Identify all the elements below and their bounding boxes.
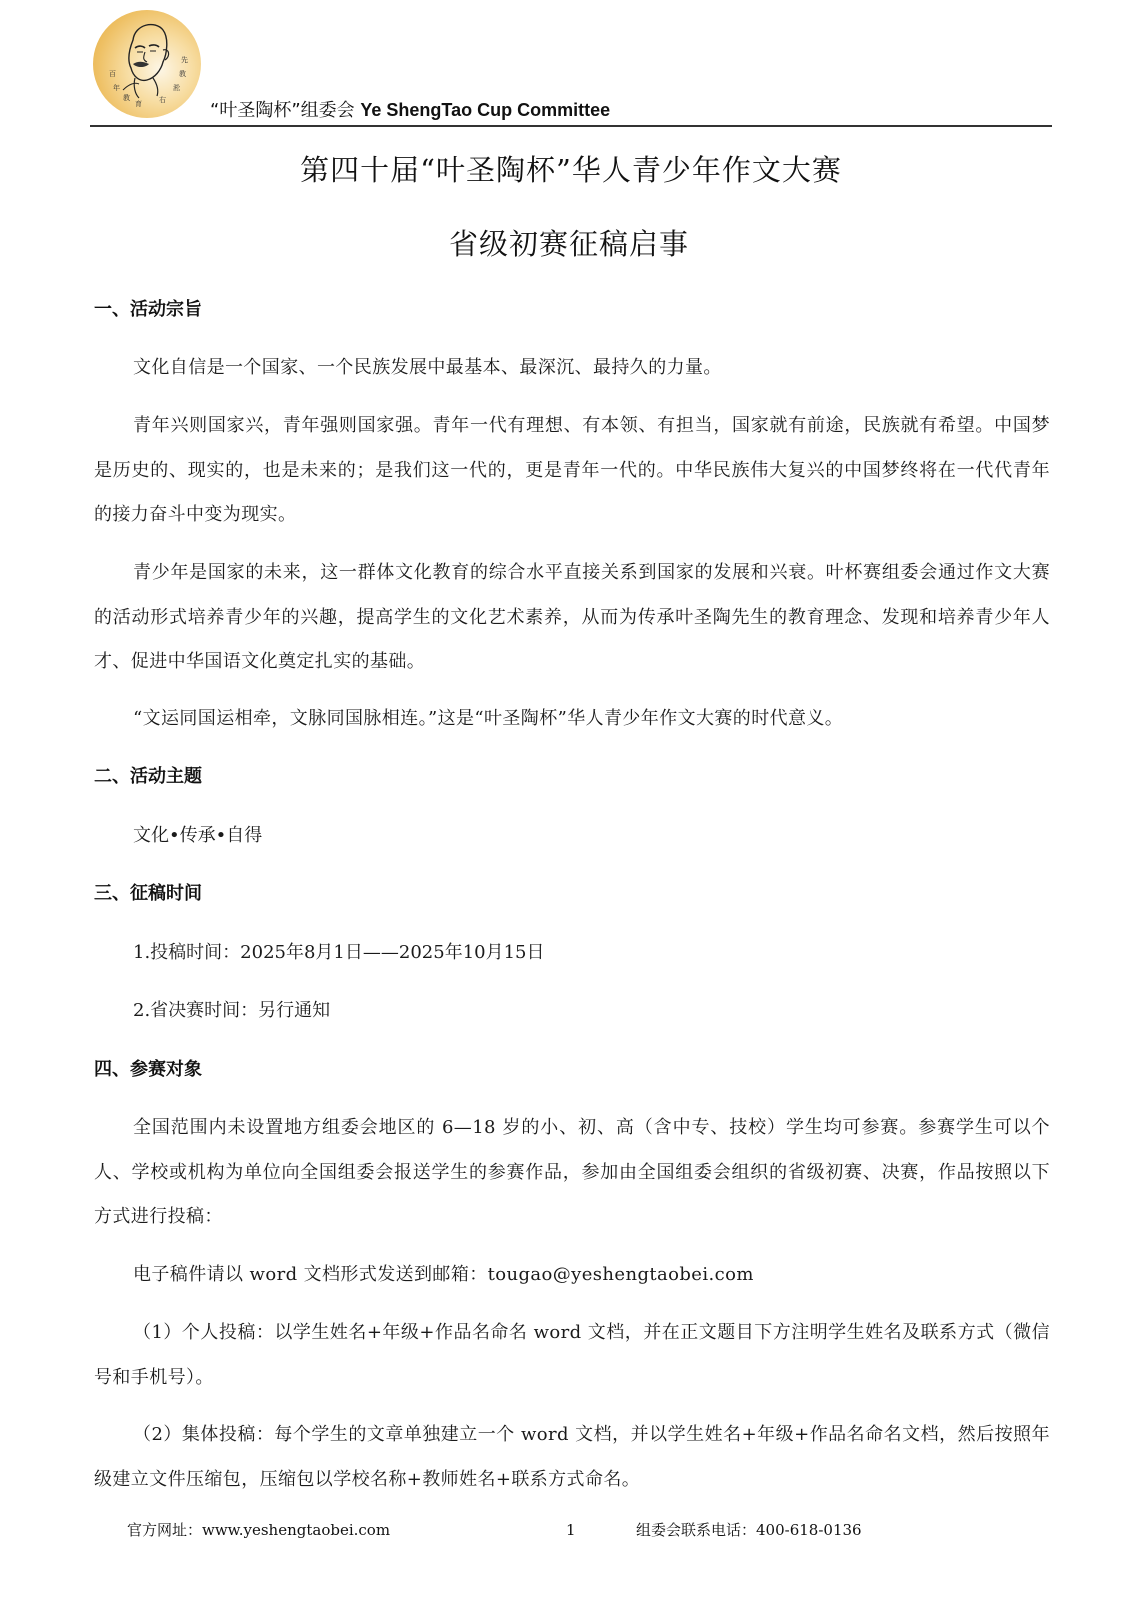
page-subtitle: 省级初赛征稿启事 [0,226,1138,262]
document-page: 百 年 教 育 右 淞 教 先 “叶圣陶杯”组委会 Ye ShengTao Cu… [0,0,1138,1600]
section-heading-timeline: 三、征稿时间 [94,882,202,906]
portrait-logo-icon: 百 年 教 育 右 淞 教 先 [93,10,201,118]
individual-submission-paragraph: （1）个人投稿：以学生姓名+年级+作品名命名 word 文档，并在正文题目下方注… [94,1311,1050,1400]
group-submission-paragraph: （2）集体投稿：每个学生的文章单独建立一个 word 文档，并以学生姓名+年级+… [94,1413,1050,1502]
svg-text:育: 育 [135,99,142,108]
svg-text:右: 右 [159,95,166,104]
svg-text:教: 教 [123,93,130,102]
section-heading-purpose: 一、活动宗旨 [94,298,202,322]
footer-phone: 组委会联系电话：400-618-0136 [636,1520,862,1540]
org-name-en: Ye ShengTao Cup Committee [360,100,610,120]
paragraph: 文化自信是一个国家、一个民族发展中最基本、最深沉、最持久的力量。 [94,346,1050,391]
svg-text:教: 教 [179,69,186,78]
paragraph: 青年兴则国家兴，青年强则国家强。青年一代有理想、有本领、有担当，国家就有前途，民… [94,404,1050,538]
paragraph: “文运同国运相牵，文脉同国脉相连。”这是“叶圣陶杯”华人青少年作文大赛的时代意义… [94,697,1050,742]
svg-text:淞: 淞 [173,83,181,92]
paragraph: 青少年是国家的未来，这一群体文化教育的综合水平直接关系到国家的发展和兴衰。叶杯赛… [94,551,1050,685]
svg-text:年: 年 [113,83,120,92]
submission-email-paragraph: 电子稿件请以 word 文档形式发送到邮箱：tougao@yeshengtaob… [94,1253,1050,1298]
page-title: 第四十届“叶圣陶杯”华人青少年作文大赛 [2,152,1138,188]
timeline-item: 1.投稿时间：2025年8月1日——2025年10月15日 [133,941,545,965]
timeline-item: 2.省决赛时间：另行通知 [133,999,330,1023]
paragraph: 全国范围内未设置地方组委会地区的 6—18 岁的小、初、高（含中专、技校）学生均… [94,1106,1050,1240]
svg-text:百: 百 [109,70,116,78]
header-organization: “叶圣陶杯”组委会 Ye ShengTao Cup Committee [210,99,610,122]
section-heading-theme: 二、活动主题 [94,765,202,789]
theme-text: 文化•传承•自得 [133,824,262,848]
portrait-sketch-icon: 百 年 教 育 右 淞 教 先 [93,10,201,118]
org-name-cn: “叶圣陶杯”组委会 [210,100,355,121]
page-number: 1 [566,1520,576,1540]
svg-text:先: 先 [181,55,188,64]
footer-website: 官方网址：www.yeshengtaobei.com [127,1520,390,1540]
section-heading-participants: 四、参赛对象 [94,1058,202,1082]
header-divider [90,125,1052,127]
